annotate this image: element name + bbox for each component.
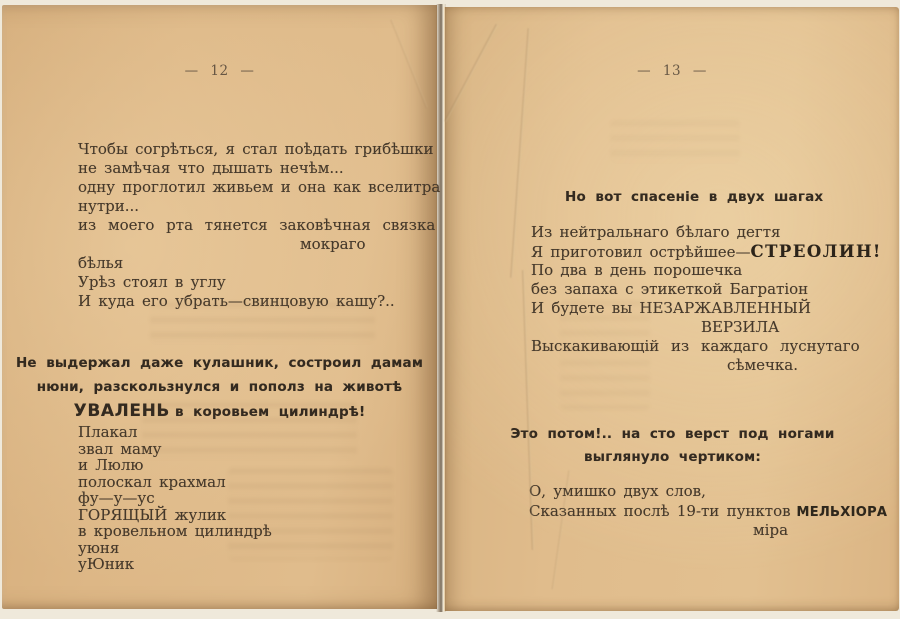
verse-line: нутри... xyxy=(78,197,440,216)
brand-word-streolin: СТРЕОЛИН! xyxy=(751,242,882,261)
verse-line: бѣлья xyxy=(78,254,440,273)
verse-line-pre: Сказанных послѣ 19-ти пунктов xyxy=(529,502,791,520)
book-gutter xyxy=(436,4,446,612)
verse-line: Урѣз стоял в углу xyxy=(78,273,440,292)
verse-line: сѣмечка. xyxy=(727,356,882,375)
callout-line: Не выдержал даже кулашник, состроил дама… xyxy=(2,351,437,375)
bold-callout-right: Это потом!.. на сто верст под ногами выг… xyxy=(500,423,845,468)
verse-line: без запаха с этикеткой Багратіон xyxy=(531,280,882,299)
callout-line: выглянуло чертиком: xyxy=(500,446,845,469)
page-right: — 13 — Но вот спасеніе в двух шагах Из н… xyxy=(444,7,899,611)
showthrough-blot xyxy=(150,302,375,344)
bold-heading: Но вот спасеніе в двух шагах xyxy=(565,186,823,208)
verse-line: міра xyxy=(753,521,887,541)
verse-line-pre: Я приготовил острѣйшее— xyxy=(531,243,751,261)
verse-line: мокраго xyxy=(300,235,440,254)
poem-stanza-1: Чтобы согрѣться, я стал поѣдать грибѣшки… xyxy=(78,140,440,311)
verse-line: ВЕРЗИЛА xyxy=(701,318,882,337)
verse-line: Чтобы согрѣться, я стал поѣдать грибѣшки xyxy=(78,140,440,159)
heading-line: Но вот спасеніе в двух шагах xyxy=(565,186,823,208)
page-number-right: — 13 — xyxy=(445,63,899,79)
brand-word-melhiora: МЕЛЬХІОРА xyxy=(797,505,888,520)
showthrough-blot xyxy=(142,402,357,460)
callout-line: нюни, разскользнулся и пополз на животѣ xyxy=(2,375,437,399)
verse-line: не замѣчая что дышать нечѣм... xyxy=(78,159,440,178)
verse-line: Сказанных послѣ 19-ти пунктовМЕЛЬХІОРА xyxy=(529,502,887,522)
callout-line: Это потом!.. на сто верст под ногами xyxy=(500,423,845,446)
verse-line: Из нейтральнаго бѣлаго дегтя xyxy=(531,223,882,242)
verse-line: из моего рта тянется заковѣчная связка xyxy=(78,216,440,235)
showthrough-blot xyxy=(228,468,393,560)
showthrough-blot xyxy=(560,300,650,410)
book-scan: — 12 — Чтобы согрѣться, я стал поѣдать г… xyxy=(0,0,900,619)
verse-line: О, умишко двух слов, xyxy=(529,482,887,502)
verse-line: Я приготовил острѣйшее—СТРЕОЛИН! xyxy=(531,242,882,261)
page-number-left: — 12 — xyxy=(2,63,437,79)
poem-stanza-4: О, умишко двух слов, Сказанных послѣ 19-… xyxy=(529,482,887,541)
verse-line: По два в день порошечка xyxy=(531,261,882,280)
verse-line: одну проглотил живьем и она как вселитра xyxy=(78,178,440,197)
showthrough-blot xyxy=(610,120,740,165)
